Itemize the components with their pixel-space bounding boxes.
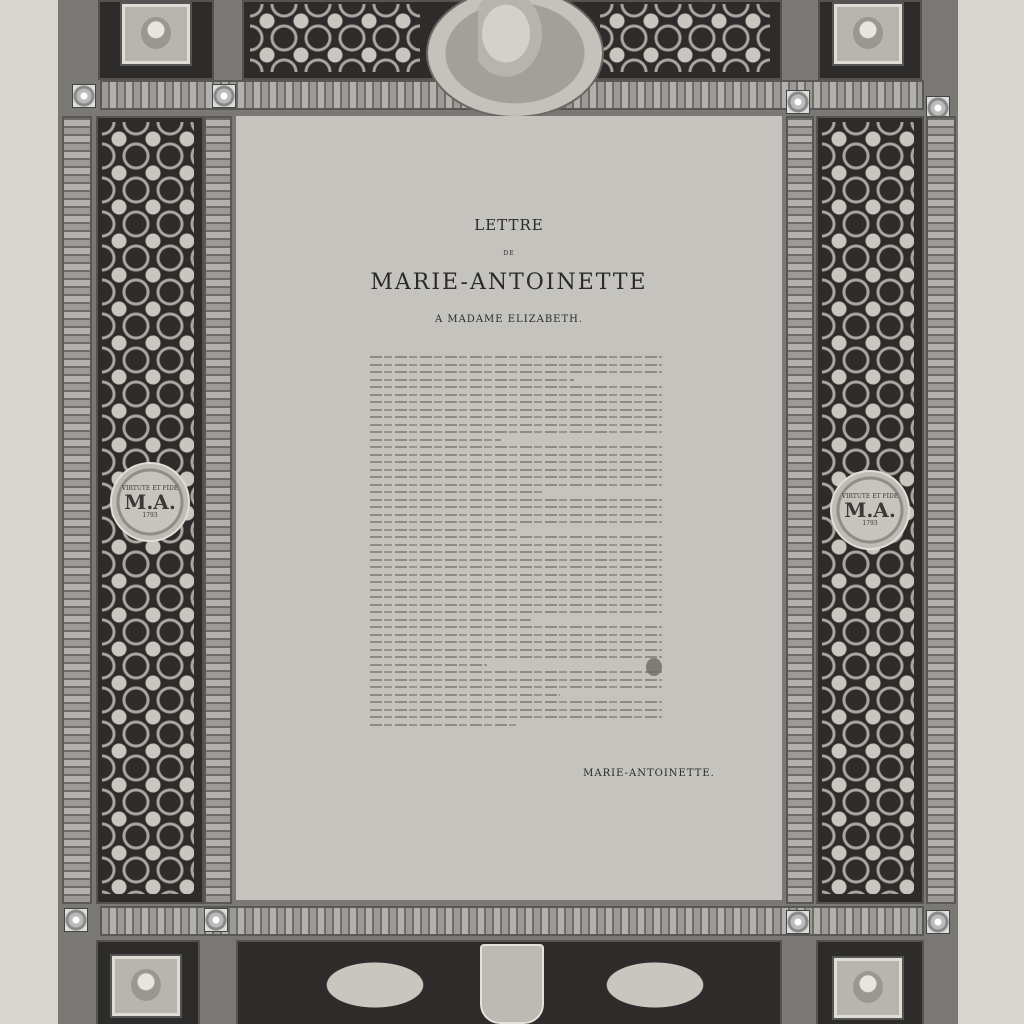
rosette-icon [212, 84, 236, 108]
medallion-monogram: M.A. [124, 492, 176, 512]
signature: MARIE-ANTOINETTE. [376, 768, 922, 779]
heading-preposition: DE [236, 250, 782, 257]
rosette-icon [72, 84, 96, 108]
rosette-icon [204, 908, 228, 932]
lion-mask-icon [122, 4, 190, 64]
rosette-icon [64, 908, 88, 932]
author-title: MARIE-ANTOINETTE [236, 270, 782, 295]
portrait-profile-icon [478, 0, 548, 84]
griffin-left-icon [300, 950, 450, 1020]
greek-key-right-outer [926, 116, 956, 904]
lion-mask-icon [834, 958, 902, 1018]
lion-mask-icon [112, 956, 180, 1016]
lion-mask-icon [834, 4, 902, 64]
greek-key-left-outer [62, 116, 92, 904]
ink-stain [646, 658, 662, 676]
rosette-icon [786, 90, 810, 114]
medallion-year: 1793 [142, 512, 157, 519]
medallion-right: VIRTUTE ET FIDE M.A. 1793 [830, 470, 910, 550]
royal-crest-icon [480, 944, 544, 1024]
letter-body [370, 356, 662, 760]
rosette-icon [786, 910, 810, 934]
griffin-right-icon [580, 950, 730, 1020]
recipient: A MADAME ELIZABETH. [236, 314, 782, 325]
heading: LETTRE [236, 216, 782, 234]
medallion-year: 1793 [862, 520, 877, 527]
greek-key-right-inner [786, 116, 814, 904]
scrollwork-right [600, 4, 770, 72]
greek-key-left-inner [204, 116, 232, 904]
medallion-left: VIRTUTE ET FIDE M.A. 1793 [110, 462, 190, 542]
scrollwork-left [250, 4, 420, 72]
medallion-monogram: M.A. [844, 500, 896, 520]
rosette-icon [926, 910, 950, 934]
